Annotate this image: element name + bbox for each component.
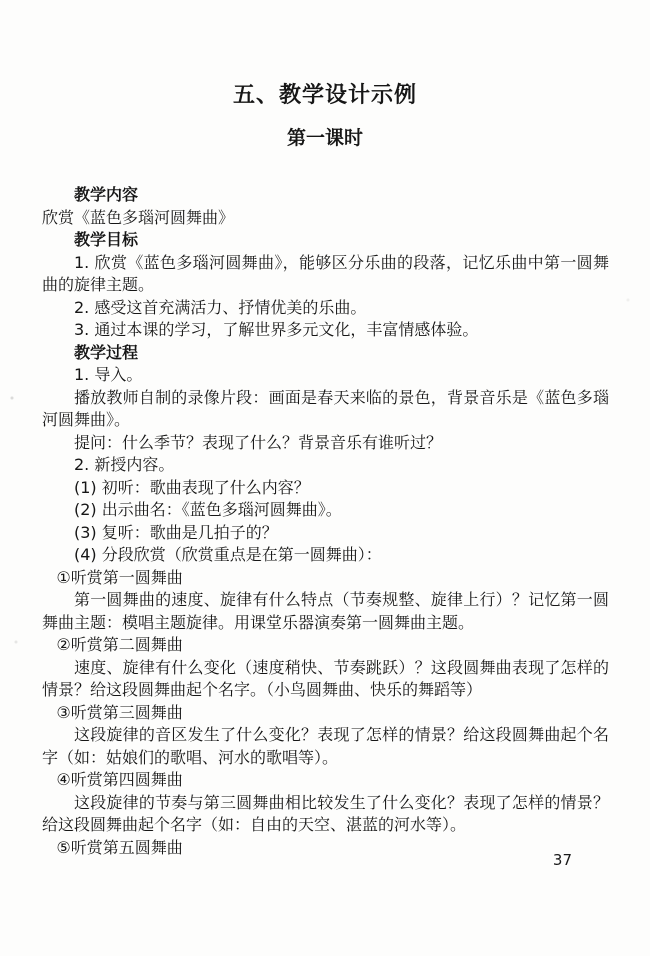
section-heading-teaching-objectives: 教学目标: [42, 229, 609, 252]
paragraph-waltz-1-header: ①听赏第一圆舞曲: [42, 567, 609, 590]
page-number: 37: [553, 851, 572, 869]
paragraph-waltz-2-header: ②听赏第二圆舞曲: [42, 634, 609, 657]
paragraph: 速度、旋律有什么变化（速度稍快、节奏跳跃）？这段圆舞曲表现了怎样的情景？给这段圆…: [42, 657, 609, 702]
paragraph-waltz-4-header: ④听赏第四圆舞曲: [42, 769, 609, 792]
section-heading-teaching-process: 教学过程: [42, 342, 609, 365]
paragraph: 欣赏《蓝色多瑙河圆舞曲》: [42, 207, 609, 230]
page-subtitle: 第一课时: [0, 128, 650, 148]
paragraph: (3) 复听：歌曲是几拍子的？: [42, 522, 609, 545]
page-title: 五、教学设计示例: [0, 0, 650, 107]
paragraph: 播放教师自制的录像片段：画面是春天来临的景色，背景音乐是《蓝色多瑙河圆舞曲》。: [42, 387, 609, 432]
paragraph: 2. 感受这首充满活力、抒情优美的乐曲。: [42, 297, 609, 320]
paragraph: (2) 出示曲名：《蓝色多瑙河圆舞曲》。: [42, 499, 609, 522]
section-heading-teaching-content: 教学内容: [42, 184, 609, 207]
paragraph: 2. 新授内容。: [42, 454, 609, 477]
paragraph: 3. 通过本课的学习，了解世界多元文化，丰富情感体验。: [42, 319, 609, 342]
paragraph: 提问：什么季节？表现了什么？背景音乐有谁听过？: [42, 432, 609, 455]
paragraph: 这段旋律的节奏与第三圆舞曲相比较发生了什么变化？表现了怎样的情景？给这段圆舞曲起…: [42, 792, 609, 837]
paragraph: 第一圆舞曲的速度、旋律有什么特点（节奏规整、旋律上行）？记忆第一圆舞曲主题：模唱…: [42, 589, 609, 634]
paragraph: (1) 初听：歌曲表现了什么内容？: [42, 477, 609, 500]
paragraph: (4) 分段欣赏（欣赏重点是在第一圆舞曲）：: [42, 544, 609, 567]
document-page: 五、教学设计示例 第一课时 教学内容 欣赏《蓝色多瑙河圆舞曲》 教学目标 1. …: [0, 0, 650, 956]
paragraph: 这段旋律的音区发生了什么变化？表现了怎样的情景？给这段圆舞曲起个名字（如：姑娘们…: [42, 724, 609, 769]
paragraph: 1. 欣赏《蓝色多瑙河圆舞曲》，能够区分乐曲的段落，记忆乐曲中第一圆舞曲的旋律主…: [42, 252, 609, 297]
paragraph-waltz-3-header: ③听赏第三圆舞曲: [42, 702, 609, 725]
paragraph: 1. 导入。: [42, 364, 609, 387]
document-body: 教学内容 欣赏《蓝色多瑙河圆舞曲》 教学目标 1. 欣赏《蓝色多瑙河圆舞曲》，能…: [42, 184, 609, 859]
paragraph-waltz-5-header: ⑤听赏第五圆舞曲: [42, 837, 609, 860]
